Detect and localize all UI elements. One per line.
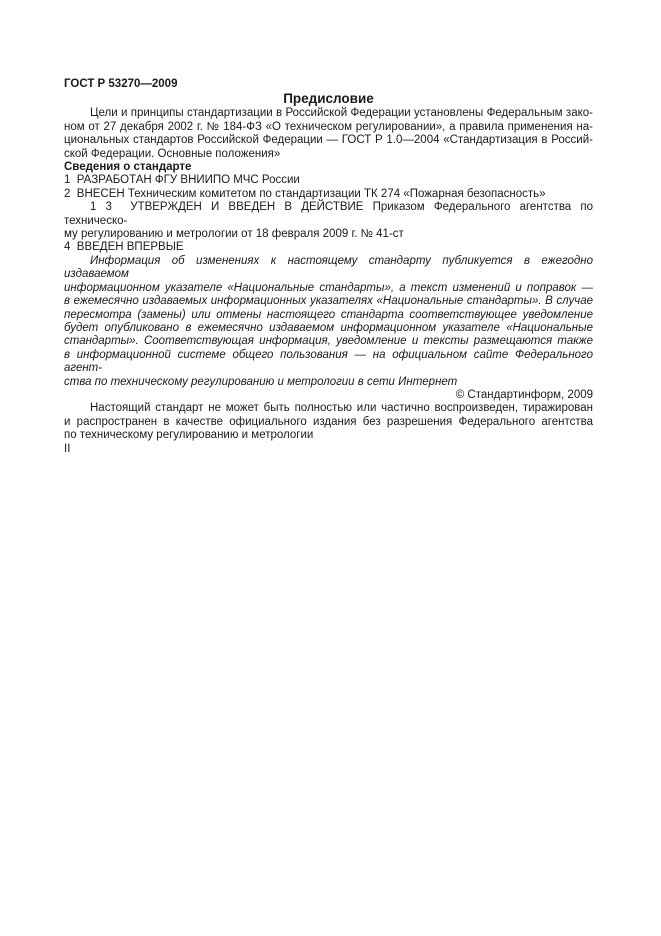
item-approved: 1 3 УТВЕРЖДЕН И ВВЕДЕН В ДЕЙСТВИЕ Приказ… (64, 201, 593, 241)
copyright-line: © Стандартинформ, 2009 (64, 389, 593, 402)
page-title: Предисловие (64, 91, 593, 107)
item-first-introduced: 4 ВВЕДЕН ВПЕРВЫЕ (64, 241, 593, 254)
document-page: ГОСТ Р 53270—2009 Предисловие Цели и при… (0, 0, 661, 936)
change-notice-paragraph: Информация об изменениях к настоящему ст… (64, 255, 593, 389)
item-developed: 1 РАЗРАБОТАН ФГУ ВНИИПО МЧС России (64, 174, 593, 187)
standard-info-heading: Сведения о стандарте (64, 161, 593, 174)
item-submitted: 2 ВНЕСЕН Техническим комитетом по станда… (64, 188, 593, 201)
intro-paragraph: Цели и принципы стандартизации в Российс… (64, 107, 593, 161)
reproduction-restriction-paragraph: Настоящий стандарт не может быть полност… (64, 402, 593, 442)
doc-number: ГОСТ Р 53270—2009 (64, 78, 593, 91)
page-content: ГОСТ Р 53270—2009 Предисловие Цели и при… (0, 0, 661, 456)
page-number: II (64, 443, 593, 456)
